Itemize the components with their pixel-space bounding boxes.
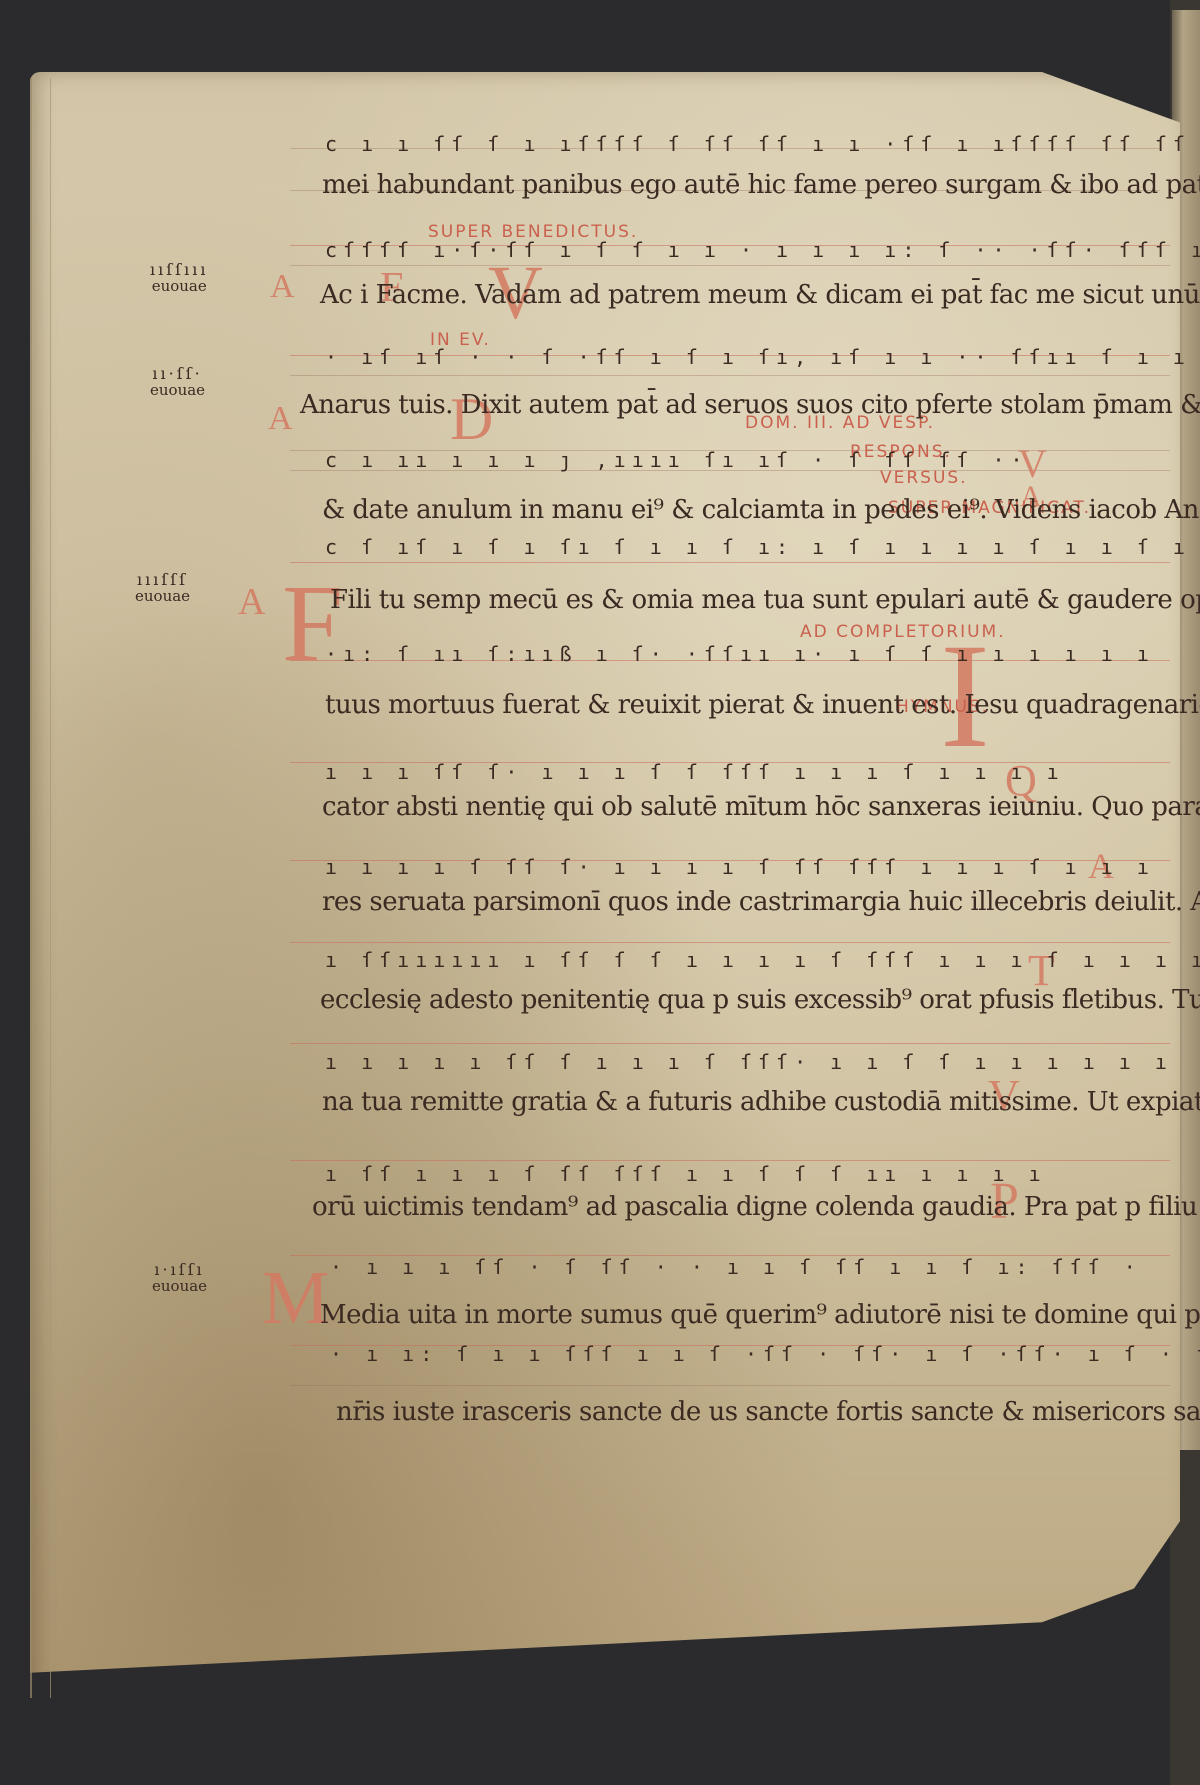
margin-euouae: euouae <box>152 1278 207 1294</box>
rubric-ad-completorium: Ad completorium. <box>800 622 1006 642</box>
margin-psalm-tone-cue: ı·ıſſı euouae <box>152 1262 207 1294</box>
ruling-line-red <box>290 1043 1170 1044</box>
margin-euouae: euouae <box>135 588 190 604</box>
text-line: ecclesię adesto penitentię qua p suis ex… <box>320 985 1200 1015</box>
initial-a: A <box>268 400 293 438</box>
neume-row: ı ı ı ſſ ſ· ı ı ı ſ ſ ſſſ ı ı ı ſ ı ı ı … <box>325 760 1065 784</box>
margin-psalm-tone-cue: ıı·ſſ· euouae <box>150 366 205 398</box>
text-line: nr̄is iuste irasceris sancte de us sanct… <box>336 1397 1200 1427</box>
ruling-line-red <box>290 942 1170 943</box>
margin-psalm-tone-cue: ıııſſſ euouae <box>135 572 190 604</box>
initial-f: F <box>282 560 343 687</box>
text-line: na tua remitte gratia & a futuris adhibe… <box>322 1087 1200 1117</box>
text-line: Media uita in morte sumus quē querim⁹ ad… <box>320 1300 1200 1330</box>
margin-neumes: ıııſſſ <box>135 572 190 588</box>
ruling-line-red <box>290 562 1170 563</box>
ruling-line <box>290 1385 1170 1386</box>
neume-row: c ı ı ſſ ſ ı ıſſſſ ſ ſſ ſſ ı ı ·ſſ ı ıſſ… <box>325 132 1200 156</box>
neume-row: c ı ıı ı ı ı ȷ ,ıııı ſı ıſ · ſ ſſ ſſ ·· <box>325 448 1029 472</box>
text-line: Fili tu semp mecū es & omia mea tua sunt… <box>330 585 1200 615</box>
neume-row: cſſſſ ı·ſ·ſſ ı ſ ſ ı ı · ı ı ı ı: ſ ·· ·… <box>325 238 1200 262</box>
margin-neumes: ııſſııı <box>150 262 208 278</box>
neume-row: · ıſ ıſ · · ſ ·ſſ ı ſ ı ſı, ıſ ı ı ·· ſſ… <box>325 345 1200 369</box>
text-line: mei habundant panibus ego autē hic fame … <box>322 170 1200 200</box>
ruling-line <box>290 265 1170 266</box>
neume-row: ı ſſıııııı ı ſſ ſ ſ ı ı ı ı ſ ſſſ ı ı ı … <box>325 948 1200 972</box>
margin-euouae: euouae <box>150 382 205 398</box>
page-edge-gatherings <box>30 78 51 1698</box>
initial-a: A <box>270 268 295 306</box>
text-line: Ac i Facme. Vadam ad patrem meum & dicam… <box>320 280 1200 310</box>
margin-neumes: ı·ıſſı <box>152 1262 207 1278</box>
text-line: & date anulum in manu ei⁹ & calciamta in… <box>322 495 1200 525</box>
neume-row: ı ſſ ı ı ı ſ ſſ ſſſ ı ı ſ ſ ſ ıı ı ı ı ı <box>325 1162 1047 1186</box>
text-line: res seruata parsimonī quos inde castrima… <box>322 887 1200 917</box>
margin-euouae: euouae <box>150 278 208 294</box>
neume-row: c ſ ıſ ı ſ ı ſı ſ ı ı ſ ı: ı ſ ı ı ı ı ſ… <box>325 535 1200 559</box>
neume-row: ı ı ı ı ſ ſſ ſ· ı ı ı ı ſ ſſ ſſſ ı ı ı ſ… <box>325 855 1155 879</box>
neume-row: ı ı ı ı ı ſſ ſ ı ı ı ſ ſſſ· ı ı ſ ſ ı ı … <box>325 1050 1173 1074</box>
text-line: orū uictimis tendam⁹ ad pascalia digne c… <box>312 1192 1200 1222</box>
text-line: Anarus tuis. Dixit autem pat̄ ad seruos … <box>300 390 1200 420</box>
initial-a: A <box>238 580 265 624</box>
neume-row: ·ı: ſ ıı ſ:ııß ı ſ· ·ſſıı ı· ı ſ ſ ı ı ı… <box>325 642 1155 666</box>
text-line: tuus mortuus fuerat & reuixit pierat & i… <box>325 690 1200 720</box>
margin-neumes: ıı·ſſ· <box>150 366 205 382</box>
ruling-line <box>290 375 1170 376</box>
ruling-line-red <box>290 1160 1170 1161</box>
margin-psalm-tone-cue: ııſſııı euouae <box>150 262 208 294</box>
neume-row: · ı ı: ſ ı ı ſſſ ı ı ſ ·ſſ · ſſ· ı ſ ·ſſ… <box>330 1342 1200 1366</box>
text-line: cator absti nentię qui ob salutē mītum h… <box>322 792 1200 822</box>
neume-row: · ı ı ı ſſ · ſ ſſ · · ı ı ſ ſſ ı ı ſ ı: … <box>330 1255 1142 1279</box>
